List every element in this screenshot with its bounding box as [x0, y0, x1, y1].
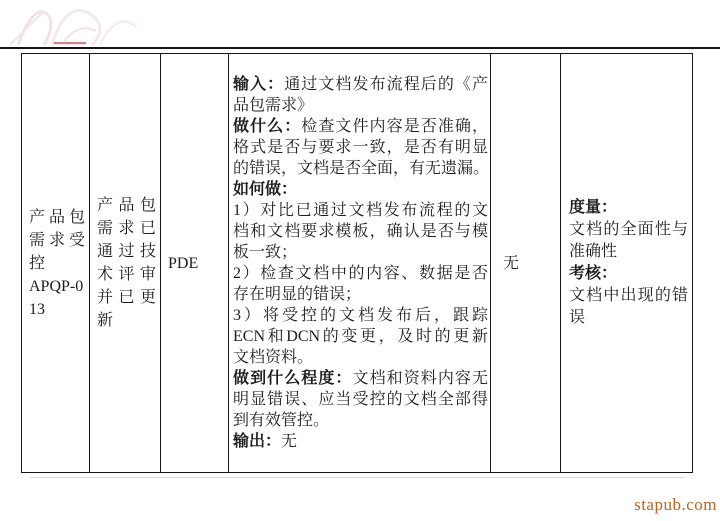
- cell-criteria: 产品包需求已通过技术评审并已更新: [90, 54, 161, 472]
- cell-role: PDE: [161, 54, 229, 472]
- cell-deliverable: 产品包需求受控APQP-013: [22, 54, 90, 472]
- scan-shadow-line: [30, 477, 685, 478]
- text-line: 考核：: [569, 263, 688, 285]
- text-line: 产品包: [29, 206, 85, 229]
- text-line: 存在明显的错误；: [233, 284, 488, 305]
- text-line: 需求受: [29, 229, 85, 252]
- text-line: 板一致；: [233, 242, 488, 263]
- cell-metrics: 度量：文档的全面性与准确性考核：文档中出现的错误: [561, 54, 692, 472]
- top-rule: [0, 47, 720, 49]
- text-line: 文档中出现的错: [569, 285, 688, 307]
- text-line: 度量：: [569, 197, 688, 219]
- text-line: 输出：无: [233, 431, 488, 452]
- text-line: 格式是否与要求一致，是否有明显: [233, 137, 488, 158]
- text-line: 输入：通过文档发布流程后的《产: [233, 74, 488, 95]
- text-line: 术评审: [97, 263, 156, 286]
- corner-stamp-watermark: [4, 1, 159, 47]
- text-line: 做什么：检查文件内容是否准确，: [233, 116, 488, 137]
- cell-activity-detail: 输入：通过文档发布流程后的《产品包需求》做什么：检查文件内容是否准确，格式是否与…: [229, 54, 491, 472]
- text-line: 如何做：: [233, 179, 488, 200]
- text-line: 新: [97, 309, 156, 332]
- text-line: 的错误，文档是否全面，有无遗漏。: [233, 158, 488, 179]
- text-line: 并已更: [97, 286, 156, 309]
- text-line: APQP-0: [29, 275, 85, 298]
- text-line: 做到什么程度：文档和资料内容无: [233, 368, 488, 389]
- text-line: 2）检查文档中的内容、数据是否: [233, 263, 488, 284]
- text-line: 3）将受控的文档发布后，跟踪: [233, 305, 488, 326]
- text-line: 到有效管控。: [233, 410, 488, 431]
- tools-label: 无: [503, 253, 560, 274]
- text-line: 品包需求》: [233, 95, 488, 116]
- text-line: 准确性: [569, 241, 688, 263]
- apqp-process-table: 产品包需求受控APQP-013 产品包需求已通过技术评审并已更新 PDE 输入：…: [21, 53, 693, 473]
- role-label: PDE: [168, 253, 228, 274]
- document-page: { "page": { "site_watermark": "stapub.co…: [0, 0, 720, 521]
- text-line: 需求已: [97, 217, 156, 240]
- text-line: 通过技: [97, 240, 156, 263]
- text-line: 误: [569, 307, 688, 329]
- text-line: ECN和DCN的变更，及时的更新: [233, 326, 488, 347]
- text-line: 1）对比已通过文档发布流程的文: [233, 200, 488, 221]
- text-line: 档和文档要求模板，确认是否与模: [233, 221, 488, 242]
- text-line: 文档资料。: [233, 347, 488, 368]
- text-line: 13: [29, 298, 85, 321]
- cell-tools: 无: [491, 54, 561, 472]
- text-line: 产品包: [97, 194, 156, 217]
- text-line: 控: [29, 252, 85, 275]
- site-watermark: stapub.com: [634, 495, 717, 515]
- red-dash-mark: [54, 42, 86, 44]
- text-line: 明显错误、应当受控的文档全部得: [233, 389, 488, 410]
- text-line: 文档的全面性与: [569, 219, 688, 241]
